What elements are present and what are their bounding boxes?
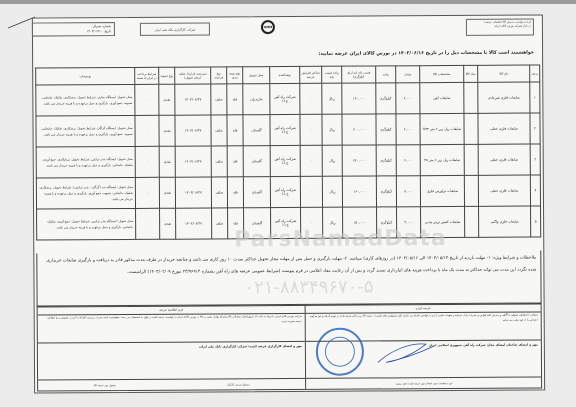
table-row: ۴ ضایعات فلزی خطی ضایعات تراورس فلزی ۸,۰…	[36, 175, 540, 209]
seller-footer-text: این درخواست بدون امضا و مهر عرضه کننده م…	[395, 382, 452, 385]
col-header: نام کالا	[478, 65, 530, 82]
col-header: مقدار	[396, 66, 420, 83]
cell-spec: ضایعات آهن	[420, 82, 464, 113]
cell-no: ۱	[530, 82, 540, 113]
col-header: سررسید قرارداد سلف (زمان تحویل)	[175, 67, 211, 84]
cell-payment-terms: ۰	[135, 146, 159, 177]
serial-label: شماره سریال:	[92, 24, 111, 28]
cell-due-date: ۱۴۰۳/۰۶/۲۷	[175, 84, 211, 115]
cell-price: ۲۲۰,۰۰۰	[342, 145, 376, 176]
col-header: قیمت پایه (به ازای کیلوگرم)	[342, 66, 376, 83]
cell-symbol	[464, 144, 478, 175]
cell-notes: محل تحویل: ایستگاه بندر ترکمن. شرایط تحو…	[36, 146, 135, 178]
table-row: ۱ ضایعات فلزی غیرعادی ضایعات آهن ۶,۰۰۰ ک…	[36, 82, 540, 116]
request-form-note: فرم درخواست پذیرش کالا (تقاضای عرضه) در …	[466, 18, 534, 35]
scan-top-edge	[0, 0, 576, 4]
broker-company-name: شرکت کارگزاری بانک ملی ایران	[155, 27, 196, 31]
cell-due-date: ۱۴۰۳/۰۶/۲۷	[175, 146, 211, 177]
col-header: نوع قرارداد	[211, 67, 227, 84]
watermark-brand: ParsNamadData	[234, 226, 447, 252]
broker-footer: مسئول پذیرش کارگزار مسئول مهر عرضه کالا	[38, 378, 305, 391]
cell-price-unit: ریال	[322, 145, 342, 176]
col-header: نوع بسته بندی	[227, 67, 243, 84]
cell-contract: سلف	[211, 115, 227, 146]
cell-settlement: نقدی	[159, 84, 175, 115]
col-header: واحد قیمت پایه	[322, 66, 342, 83]
cell-unit: کیلوگرم	[376, 176, 396, 207]
cell-payment-terms: ۰	[136, 208, 160, 239]
broker-footer-item: مسئول مهر عرضه کالا	[94, 384, 116, 387]
cell-max-increase: ۰	[300, 114, 322, 145]
cell-payment-terms: ۰	[135, 115, 159, 146]
cell-delivery: گلستان	[243, 115, 270, 146]
cell-qty: ۶,۰۰۰	[396, 83, 420, 114]
cell-price: ۱۳۰,۰۰۰	[342, 83, 376, 114]
cell-producer: شرکت راه آهن ج.ا.ا	[270, 176, 300, 207]
stamp-inner-ring	[325, 337, 355, 367]
col-header: مشخصات کالا	[420, 65, 464, 82]
cell-name: ضایعات فلزی غیرعادی	[478, 82, 530, 113]
seller-footer: این درخواست بدون امضا و مهر عرضه کننده م…	[306, 376, 541, 388]
col-header: ردیف	[530, 65, 540, 82]
table-row: ۲ ضایعات فلزی خطی ضایعات ریل زیر ۶ متر U…	[36, 113, 540, 147]
cell-settlement: نقدی	[160, 208, 176, 239]
cell-packaging: فله	[227, 84, 243, 115]
col-header: شرایط پرداخت در قرارداد نسیه	[135, 67, 159, 84]
cell-name: ضایعات فلزی خطی	[478, 144, 530, 175]
cell-spec: ضایعات ریل زیر ۶ متر U۳۳	[420, 113, 464, 144]
broker-company-box: شرکت کارگزاری بانک ملی ایران	[140, 22, 210, 35]
request-note-line-2: در بازار فیزیکی بورس کالای ایران	[469, 24, 531, 28]
broker-signature-label: مهر و امضای کارگزاری عرضه کننده: شرکت کا…	[38, 342, 305, 352]
cell-unit: کیلوگرم	[376, 114, 396, 145]
cell-name: ضایعات فلزی خطی	[478, 175, 530, 206]
official-stamp-icon	[316, 328, 364, 376]
watermark-phone: ۰۲۱-۸۸۳۴۹۶۷۰-۵	[244, 276, 373, 298]
cell-no: ۴	[530, 175, 540, 206]
cell-packaging: فله	[227, 115, 243, 146]
cell-max-increase: ۰	[300, 83, 322, 114]
cell-qty: ۸,۰۰۰	[396, 176, 420, 207]
cell-unit: کیلوگرم	[376, 145, 396, 176]
cell-contract: سلف	[212, 208, 228, 239]
cell-settlement: نقدی	[159, 177, 175, 208]
cell-price-unit: ریال	[322, 83, 342, 114]
cell-notes: محل تحویل: ایستگاه تپ (گرگان - بندر ترکم…	[36, 177, 135, 209]
cell-symbol	[464, 175, 478, 206]
cell-producer: شرکت راه آهن ج.ا.ا	[270, 114, 300, 145]
cell-price-unit: ریال	[322, 114, 342, 145]
broker-declaration: شرکت بورس کالای ایران، با توجه به ماده ۲…	[38, 314, 305, 344]
letter-info-box: شماره سریال: تاریخ: ۱۴۰۳/۰۶/۱۰	[32, 22, 115, 37]
cell-symbol	[464, 113, 478, 144]
cell-spec: ضایعات تراورس فلزی	[420, 175, 464, 206]
cell-delivery: گلستان	[243, 146, 270, 177]
cell-delivery: مازندران	[243, 84, 270, 115]
cell-delivery: گلستان	[243, 177, 270, 208]
cell-symbol	[464, 82, 478, 113]
cell-contract: سلف	[211, 84, 227, 115]
table-row: ۳ ضایعات فلزی خطی ضایعات ریل زیر ۶ متر ۴…	[36, 144, 540, 178]
broker-column: فرم اطلاعیه عرضه شرکت بورس کالای ایران، …	[38, 306, 306, 391]
cell-producer: شرکت راه آهن ج.ا.ا	[270, 83, 300, 114]
cell-payment-terms: ۰	[135, 177, 159, 208]
cell-contract: سلف	[211, 146, 227, 177]
cell-packaging: فله	[227, 177, 243, 208]
cell-settlement: نقدی	[159, 146, 175, 177]
logo-text: OMM	[264, 25, 273, 29]
cell-no: ۳	[530, 144, 540, 175]
col-header: نماد کالا	[464, 65, 478, 82]
cell-no: ۵	[531, 206, 541, 237]
signature-section: عرضه کننده اینجانب / اینجانبان حقوقی با …	[37, 303, 543, 391]
cell-name: ضایعات فلزی واگنی	[479, 206, 531, 237]
cell-no: ۲	[530, 113, 540, 144]
seller-column: عرضه کننده اینجانب / اینجانبان حقوقی با …	[305, 304, 542, 388]
cell-payment-terms: ۰	[135, 84, 159, 115]
col-header: نوع تسویه	[159, 67, 175, 84]
cell-settlement: نقدی	[159, 115, 175, 146]
cell-price: ۲۰۰,۰۰۰	[342, 114, 376, 145]
cell-price-unit: ریال	[322, 176, 342, 207]
cell-due-date: ۱۴۰۳/۰۶/۲۷	[175, 115, 211, 146]
col-header: محل تحویل	[243, 67, 270, 84]
cell-due-date: ۱۴۰۳/۰۶/۲۷	[175, 177, 211, 208]
cell-unit: کیلوگرم	[376, 83, 396, 114]
cell-qty: ۶,۰۰۰	[396, 114, 420, 145]
col-header: توضیحات	[36, 67, 135, 85]
cell-contract: سلف	[211, 177, 227, 208]
date-label: تاریخ:	[104, 29, 111, 33]
cell-name: ضایعات فلزی خطی	[478, 113, 530, 144]
cell-notes: محل تحویل: ایستگاه ساری. شرایط تحویل: بر…	[36, 84, 135, 116]
cell-producer: شرکت راه آهن ج.ا.ا	[270, 145, 300, 176]
cell-symbol	[465, 206, 479, 237]
cell-price: ۱۶۰,۰۰۰	[342, 176, 376, 207]
col-header: حداکثر افزایش عرضه	[300, 66, 322, 83]
cell-notes: محل تحویل: ایستگاه بندر ترکمن. شرایط تحو…	[37, 208, 136, 240]
logo-icon: OMM	[261, 20, 275, 34]
page-title: خواهشمند است کالا با مشخصات ذیل را در تا…	[318, 50, 534, 56]
col-header: واحد	[376, 66, 396, 83]
cell-qty: ۶,۰۰۰	[396, 145, 420, 176]
cell-packaging: فله	[227, 146, 243, 177]
cell-max-increase: ۰	[300, 176, 322, 207]
col-header: تولیدکننده	[270, 66, 300, 83]
document-page: فرم درخواست پذیرش کالا (تقاضای عرضه) در …	[32, 14, 545, 393]
cell-spec: ضایعات ریل زیر ۶ متر ۴۸	[420, 144, 464, 175]
cell-notes: محل تحویل: ایستگاه گرگان. شرایط تحویل: ب…	[36, 115, 135, 147]
cell-due-date: ۱۴۰۳/۰۶/۲۷	[176, 208, 212, 239]
cell-max-increase: ۰	[300, 145, 322, 176]
date-row: تاریخ: ۱۴۰۳/۰۶/۱۰	[36, 29, 111, 34]
letter-date: ۱۴۰۳/۰۶/۱۰	[87, 29, 103, 33]
signature-scribble-icon	[376, 340, 436, 365]
broker-footer-item: مسئول پذیرش کارگزار	[227, 383, 250, 386]
items-table: ردیف نام کالا نماد کالا مشخصات کالا مقدا…	[35, 64, 541, 240]
